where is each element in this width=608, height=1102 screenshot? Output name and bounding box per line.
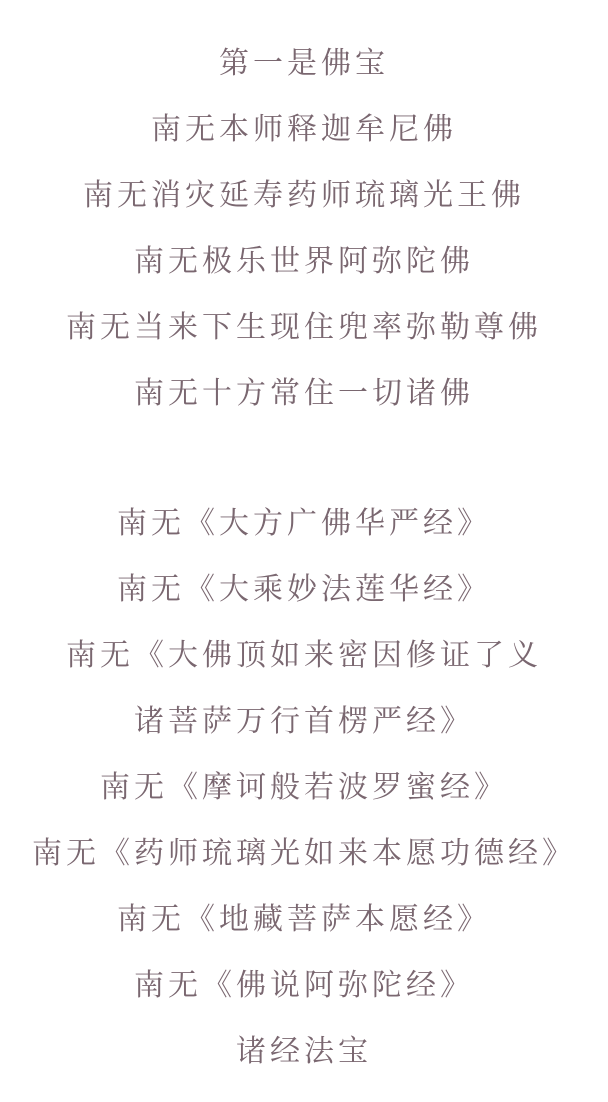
text-line: 南无《佛说阿弥陀经》 bbox=[0, 953, 608, 1019]
text-line: 南无《药师琉璃光如来本愿功德经》 bbox=[0, 821, 608, 887]
section-footer: 诸经法宝 bbox=[0, 1019, 608, 1085]
text-line: 诸菩萨万行首楞严经》 bbox=[0, 689, 608, 755]
text-line: 南无当来下生现住兜率弥勒尊佛 bbox=[0, 295, 608, 361]
text-line: 南无《大方广佛华严经》 bbox=[0, 491, 608, 557]
text-line: 南无极乐世界阿弥陀佛 bbox=[0, 229, 608, 295]
section-buddha-treasure: 第一是佛宝 南无本师释迦牟尼佛 南无消灾延寿药师琉璃光王佛 南无极乐世界阿弥陀佛… bbox=[0, 31, 608, 427]
text-line: 南无《地藏菩萨本愿经》 bbox=[0, 887, 608, 953]
text-line: 南无《大乘妙法莲华经》 bbox=[0, 557, 608, 623]
text-line: 南无《大佛顶如来密因修证了义 bbox=[0, 623, 608, 689]
text-line: 南无消灾延寿药师琉璃光王佛 bbox=[0, 163, 608, 229]
section-gap bbox=[0, 427, 608, 491]
text-line: 南无本师释迦牟尼佛 bbox=[0, 97, 608, 163]
scripture-text-page: 第一是佛宝 南无本师释迦牟尼佛 南无消灾延寿药师琉璃光王佛 南无极乐世界阿弥陀佛… bbox=[0, 0, 608, 1102]
section-heading: 第一是佛宝 bbox=[0, 31, 608, 97]
section-dharma-treasure: 南无《大方广佛华严经》 南无《大乘妙法莲华经》 南无《大佛顶如来密因修证了义 诸… bbox=[0, 491, 608, 1085]
text-line: 南无十方常住一切诸佛 bbox=[0, 361, 608, 427]
text-line: 南无《摩诃般若波罗蜜经》 bbox=[0, 755, 608, 821]
